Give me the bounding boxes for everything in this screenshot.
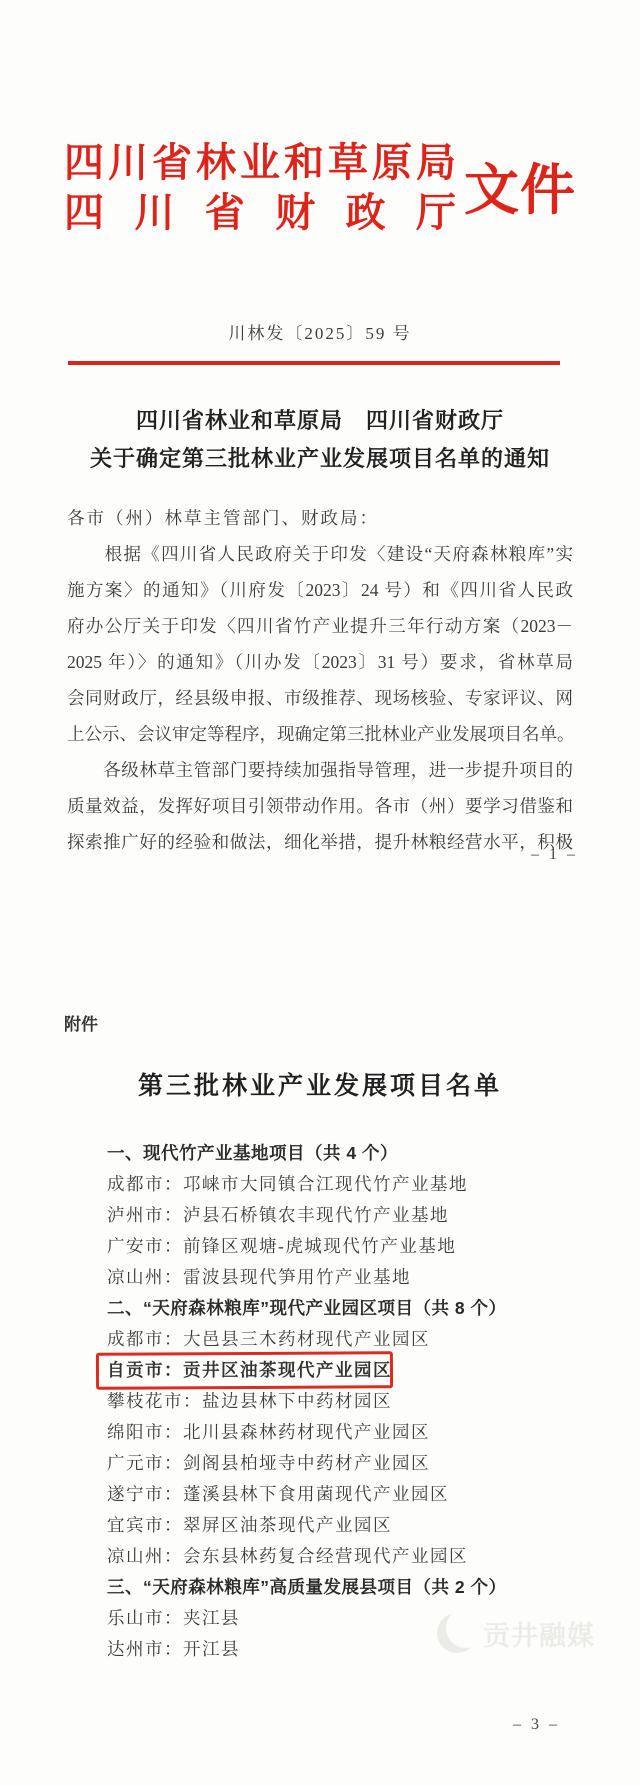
- list-item: 乐山市：夹江县: [107, 1603, 587, 1634]
- agency-name-forestry: 四川省林业和草原局: [64, 138, 456, 188]
- list-item: 遂宁市：蓬溪县林下食用菌现代产业园区: [107, 1479, 587, 1510]
- body-line: 各级林草主管部门要持续加强指导管理，进一步提升项目的: [67, 752, 573, 788]
- body-line: 质量效益，发挥好项目引领带动作用。各市（州）要学习借鉴和: [67, 788, 573, 824]
- list-item: 广安市：前锋区观塘-虎城现代竹产业基地: [107, 1231, 587, 1262]
- body-line: 会同财政厅，经县级申报、市级推荐、现场核验、专家评议、网: [67, 680, 573, 716]
- body-line: 根据《四川省人民政府关于印发〈建设“天府森林粮库”实: [67, 536, 573, 572]
- page-number-3: – 3 –: [513, 1716, 560, 1734]
- document-title-line2: 关于确定第三批林业产业发展项目名单的通知: [40, 440, 600, 478]
- highlight-box: [96, 1351, 393, 1390]
- page-number-1: – 1 –: [531, 846, 578, 864]
- body-line: 探索推广好的经验和做法，细化举措，提升林粮经营水平，积极: [67, 824, 573, 860]
- body-line: 上公示、会议审定等程序，现确定第三批林业产业发展项目名单。: [67, 716, 573, 752]
- attachment-list: 一、现代竹产业基地项目（共 4 个） 成都市：邛崃市大同镇合江现代竹产业基地 泸…: [107, 1138, 587, 1665]
- document-body: 各市（州）林草主管部门、财政局： 根据《四川省人民政府关于印发〈建设“天府森林粮…: [67, 500, 573, 860]
- attachment-title: 第三批林业产业发展项目名单: [40, 1068, 600, 1104]
- body-line: 各市（州）林草主管部门、财政局：: [67, 500, 573, 536]
- list-item: 宜宾市：翠屏区油茶现代产业园区: [107, 1510, 587, 1541]
- document-title: 四川省林业和草原局 四川省财政厅 关于确定第三批林业产业发展项目名单的通知: [40, 402, 600, 478]
- list-item: 泸州市：泸县石桥镇农丰现代竹产业基地: [107, 1200, 587, 1231]
- section-1-heading: 一、现代竹产业基地项目（共 4 个）: [107, 1138, 587, 1169]
- agency-name-finance: 四川省财政厅: [64, 188, 456, 238]
- list-item: 绵阳市：北川县森林药材现代产业园区: [107, 1417, 587, 1448]
- list-item: 凉山州：雷波县现代笋用竹产业基地: [107, 1262, 587, 1293]
- red-divider-line: [68, 361, 560, 365]
- body-line: 府办公厅关于印发〈四川省竹产业提升三年行动方案（2023－: [67, 608, 573, 644]
- document-letterhead: 四川省林业和草原局 四川省财政厅 文件: [64, 138, 584, 238]
- list-item: 广元市：剑阁县柏垭寺中药材产业园区: [107, 1448, 587, 1479]
- agency-names: 四川省林业和草原局 四川省财政厅: [64, 138, 456, 238]
- list-item: 凉山州：会东县林药复合经营现代产业园区: [107, 1541, 587, 1572]
- attachment-label: 附件: [64, 1012, 98, 1038]
- document-title-line1: 四川省林业和草原局 四川省财政厅: [40, 402, 600, 440]
- list-item: 成都市：邛崃市大同镇合江现代竹产业基地: [107, 1169, 587, 1200]
- document-number: 川林发〔2025〕59 号: [0, 322, 640, 346]
- document-page: 四川省林业和草原局 四川省财政厅 文件 川林发〔2025〕59 号 四川省林业和…: [0, 0, 640, 1785]
- body-line: 施方案〉的通知》（川府发〔2023〕24 号）和《四川省人民政: [67, 572, 573, 608]
- section-3-heading: 三、“天府森林粮库”高质量发展县项目（共 2 个）: [107, 1572, 587, 1603]
- section-2-heading: 二、“天府森林粮库”现代产业园区项目（共 8 个）: [107, 1293, 587, 1324]
- document-word: 文件: [456, 155, 584, 221]
- list-item: 攀枝花市：盐边县林下中药材园区: [107, 1386, 587, 1417]
- body-line: 2025 年）〉的通知》（川办发〔2023〕31 号）要求，省林草局: [67, 644, 573, 680]
- list-item: 达州市：开江县: [107, 1634, 587, 1665]
- list-item: 成都市：大邑县三木药材现代产业园区: [107, 1324, 587, 1355]
